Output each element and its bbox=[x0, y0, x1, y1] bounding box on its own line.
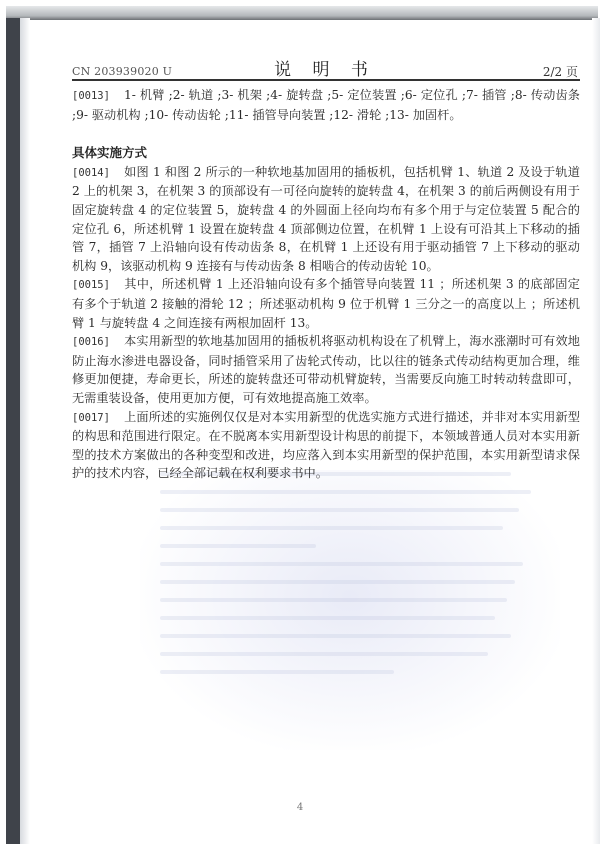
bleed-line bbox=[160, 490, 531, 494]
paragraph-0015: [0015]其中，所述机臂 1 上还沿轴向设有多个插管导向装置 11 ；所述机架… bbox=[72, 275, 580, 332]
paragraph-0016: [0016]本实用新型的软地基加固用的插板机将驱动机构设在了机臂上，海水涨潮时可… bbox=[72, 332, 580, 407]
paragraph-text: 本实用新型的软地基加固用的插板机将驱动机构设在了机臂上，海水涨潮时可有效地防止海… bbox=[72, 334, 580, 405]
scan-top-edge bbox=[6, 6, 598, 20]
paragraph-number: [0017] bbox=[72, 412, 110, 424]
paragraph-number: [0014] bbox=[72, 167, 110, 179]
document-title: 说 明 书 bbox=[72, 55, 578, 80]
paragraph-0013: [0013]1- 机臂 ;2- 轨道 ;3- 机架 ;4- 旋转盘 ;5- 定位… bbox=[72, 86, 580, 124]
paragraph-text: 其中，所述机臂 1 上还沿轴向设有多个插管导向装置 11 ；所述机架 3 的底部… bbox=[72, 277, 580, 329]
bleed-line bbox=[160, 616, 495, 620]
bleed-line bbox=[160, 634, 511, 638]
page-count: 2/2 页 bbox=[543, 63, 578, 80]
bleed-line bbox=[160, 526, 503, 530]
scan-right-edge bbox=[592, 18, 600, 844]
paragraph-0017: [0017]上面所述的实施例仅仅是对本实用新型的优选实施方式进行描述，并非对本实… bbox=[72, 408, 580, 483]
bleed-line bbox=[160, 670, 394, 674]
document-body: [0013]1- 机臂 ;2- 轨道 ;3- 机架 ;4- 旋转盘 ;5- 定位… bbox=[72, 86, 580, 483]
scan-left-shadow bbox=[20, 18, 30, 844]
header-divider bbox=[72, 79, 580, 81]
paragraph-text: 上面所述的实施例仅仅是对本实用新型的优选实施方式进行描述，并非对本实用新型的构思… bbox=[72, 410, 580, 481]
document-header: CN 203939020 U 说 明 书 2/2 页 bbox=[72, 53, 578, 79]
paragraph-number: [0015] bbox=[72, 279, 110, 291]
bleed-line bbox=[160, 580, 515, 584]
paragraph-text: 如图 1 和图 2 所示的一种软地基加固用的插板机，包括机臂 1、轨道 2 及设… bbox=[72, 165, 580, 273]
bleed-line bbox=[160, 508, 519, 512]
paragraph-0014: [0014]如图 1 和图 2 所示的一种软地基加固用的插板机，包括机臂 1、轨… bbox=[72, 163, 580, 276]
paragraph-number: [0016] bbox=[72, 336, 110, 348]
section-heading: 具体实施方式 bbox=[72, 144, 580, 163]
bleed-line bbox=[160, 562, 523, 566]
page-number: 4 bbox=[0, 802, 600, 813]
paragraph-text: 1- 机臂 ;2- 轨道 ;3- 机架 ;4- 旋转盘 ;5- 定位装置 ;6-… bbox=[72, 88, 580, 122]
bleed-line bbox=[160, 598, 507, 602]
paragraph-number: [0013] bbox=[72, 90, 110, 102]
bleed-line bbox=[160, 544, 316, 548]
bleed-line bbox=[160, 652, 488, 656]
scan-left-edge bbox=[6, 18, 20, 844]
bleed-through-text bbox=[160, 472, 550, 688]
